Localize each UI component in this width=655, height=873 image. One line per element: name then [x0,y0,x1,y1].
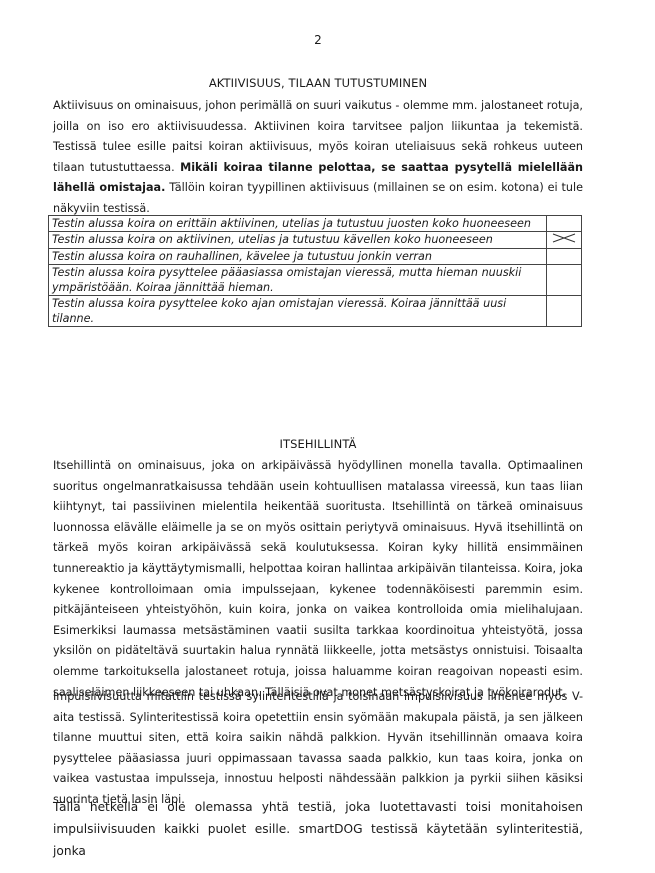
x-mark-icon [550,232,578,244]
self-control-paragraph-1: Itsehillintä on ominaisuus, joka on arki… [53,456,583,703]
table-row: Testin alussa koira on erittäin aktiivin… [49,216,582,232]
self-control-paragraph-2: Impulsiivisuutta mitattiin testissä syli… [53,687,583,811]
table-row: Testin alussa koira on aktiivinen, uteli… [49,232,582,249]
scale-option-text: Testin alussa koira on rauhallinen, käve… [49,249,547,265]
scale-option-text: Testin alussa koira pysyttelee pääasiass… [49,265,547,296]
section-heading-activity: AKTIIVISUUS, TILAAN TUTUSTUMINEN [0,76,636,90]
self-control-paragraph-3: Tällä hetkellä ei ole olemassa yhtä test… [53,796,583,862]
section-heading-self-control: ITSEHILLINTÄ [0,437,636,451]
table-row: Testin alussa koira pysyttelee koko ajan… [49,296,582,327]
scale-checkbox[interactable] [547,216,582,232]
table-row: Testin alussa koira on rauhallinen, käve… [49,249,582,265]
activity-scale-table: Testin alussa koira on erittäin aktiivin… [48,215,582,327]
activity-paragraph: Aktiivisuus on ominaisuus, johon perimäl… [53,96,583,220]
scale-option-text: Testin alussa koira on aktiivinen, uteli… [49,232,547,249]
scale-checkbox[interactable] [547,296,582,327]
scale-checkbox[interactable] [547,249,582,265]
scale-option-text: Testin alussa koira pysyttelee koko ajan… [49,296,547,327]
scale-checkbox[interactable] [547,265,582,296]
scale-option-text: Testin alussa koira on erittäin aktiivin… [49,216,547,232]
page-number: 2 [0,33,636,47]
scale-checkbox-checked[interactable] [547,232,582,249]
table-row: Testin alussa koira pysyttelee pääasiass… [49,265,582,296]
